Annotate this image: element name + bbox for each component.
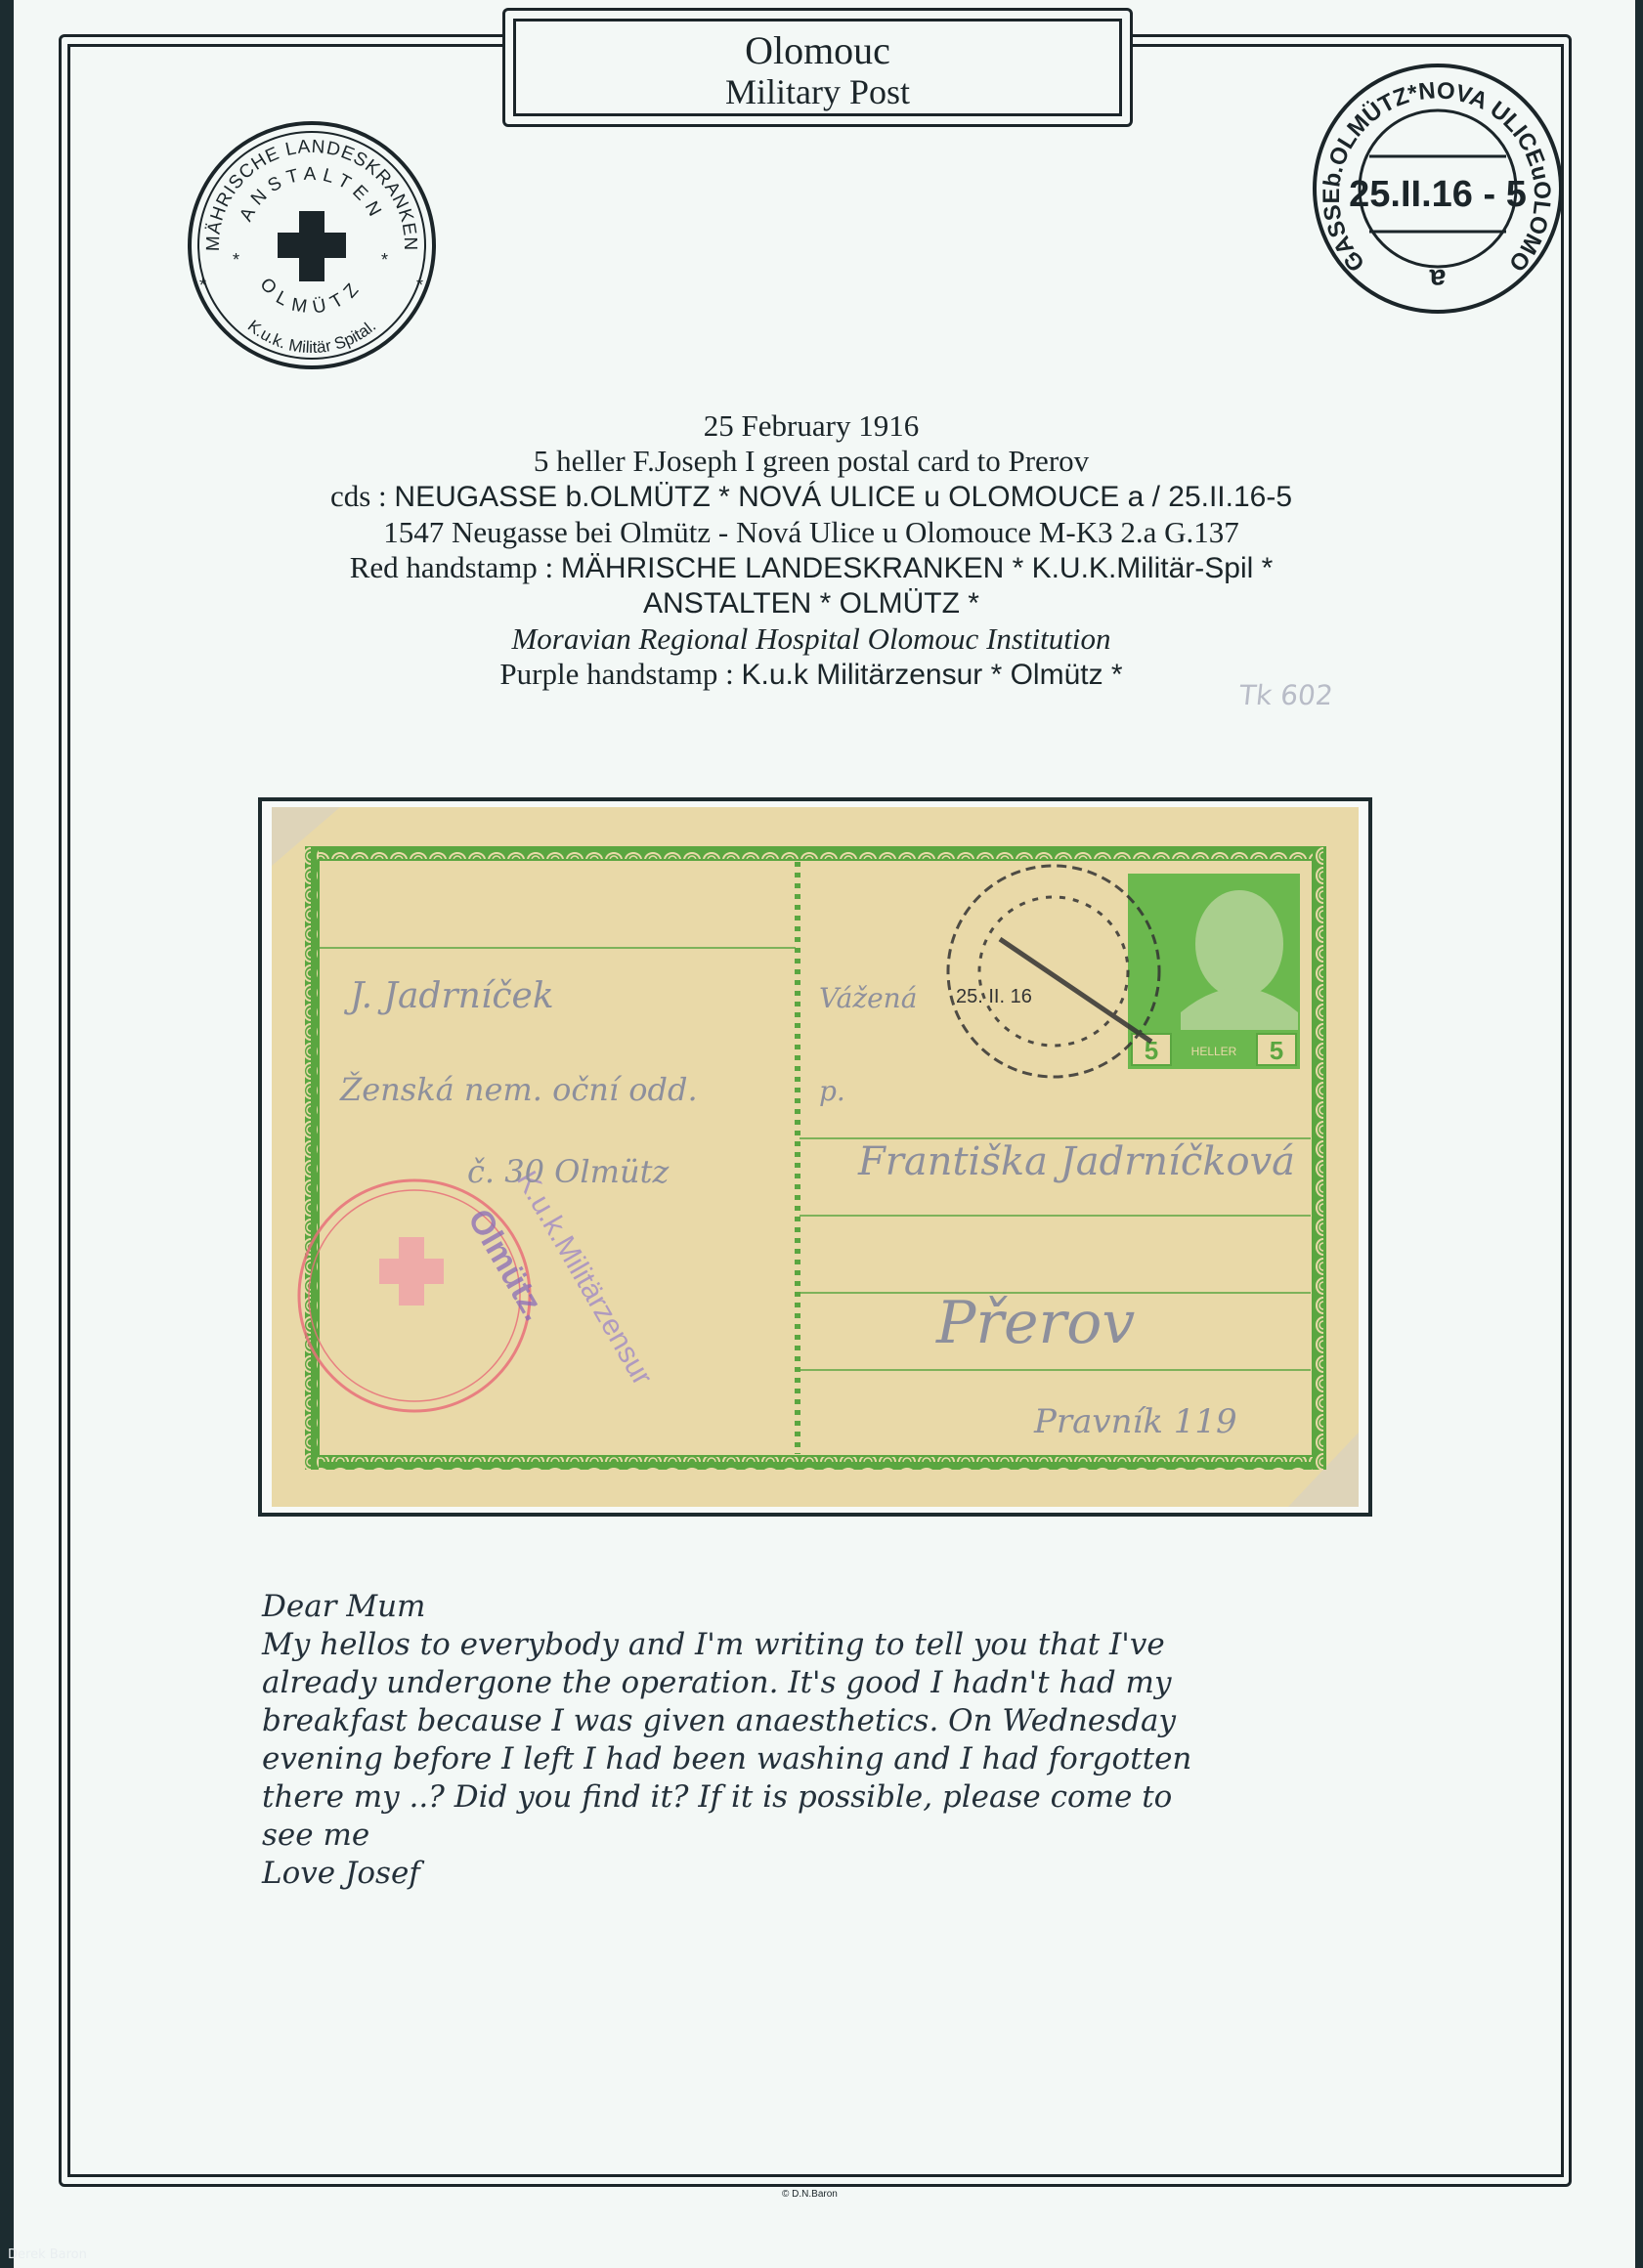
svg-text:Františka Jadrníčková: Františka Jadrníčková [857, 1139, 1295, 1184]
svg-text:č. 30 Olmütz: č. 30 Olmütz [467, 1153, 670, 1190]
letter-line: Dear Mum [262, 1588, 1386, 1626]
page-title: Olomouc [516, 29, 1119, 72]
translation-line: Moravian Regional Hospital Olomouc Insti… [156, 621, 1466, 657]
letter-line: evening before I left I had been washing… [262, 1740, 1386, 1778]
hospital-stamp-illustration: MÄHRISCHE LANDESKRANKEN ANSTALTEN K.u.k.… [186, 119, 438, 371]
scan-edge-left [0, 0, 14, 2268]
svg-text:*: * [416, 276, 423, 295]
postcard: 5 5 HELLER 25. II. 16 Olmü [272, 807, 1359, 1507]
cross-icon [278, 211, 346, 281]
svg-text:*: * [381, 250, 388, 270]
svg-text:*: * [233, 250, 239, 270]
svg-text:NEUGASSEb.OLMÜTZ*NOVA ULICEuOL: NEUGASSEb.OLMÜTZ*NOVA ULICEuOLOMOUCE [1310, 61, 1555, 277]
card-cds-postmark [948, 866, 1159, 1077]
pencil-reference-note: Tk 602 [1237, 679, 1334, 711]
red-handstamp-line: Red handstamp : MÄHRISCHE LANDESKRANKEN … [156, 550, 1466, 586]
page-subtitle: Military Post [516, 72, 1119, 111]
catalogue-line: 1547 Neugasse bei Olmütz - Nová Ulice u … [156, 515, 1466, 550]
item-date: 25 February 1916 [156, 408, 1466, 444]
copyright: © D.N.Baron [782, 2189, 838, 2200]
cds-date: 25.II.16 - 5 [1349, 174, 1527, 215]
letter-line: there my ..? Did you find it? If it is p… [262, 1778, 1386, 1817]
cds-line: cds : NEUGASSE b.OLMÜTZ * NOVÁ ULICE u O… [156, 479, 1466, 515]
svg-text:K.u.k. Militär Spital.: K.u.k. Militär Spital. [244, 317, 379, 357]
letter-line: breakfast because I was given anaestheti… [262, 1702, 1386, 1740]
postcard-illustration: 5 5 HELLER 25. II. 16 Olmü [272, 807, 1359, 1507]
purple-censor-handstamp: Olmütz. K.u.k.Militärzensur [460, 1166, 659, 1391]
letter-translation: Dear Mum My hellos to everybody and I'm … [262, 1588, 1386, 1893]
svg-text:J. Jadrníček: J. Jadrníček [343, 976, 554, 1016]
letter-line: already undergone the operation. It's go… [262, 1664, 1386, 1702]
scan-edge-right [1635, 0, 1643, 2268]
letter-line: see me [262, 1817, 1386, 1855]
franz-joseph-stamp: 5 5 HELLER [1128, 874, 1300, 1069]
letter-line: My hellos to everybody and I'm writing t… [262, 1626, 1386, 1664]
watermark: Derek Baron [8, 2247, 87, 2262]
title-box: Olomouc Military Post [502, 8, 1133, 127]
svg-text:Pravník 119: Pravník 119 [1033, 1402, 1237, 1441]
item-summary: 5 heller F.Joseph I green postal card to… [156, 444, 1466, 479]
svg-text:Ženská nem. oční odd.: Ženská nem. oční odd. [339, 1071, 698, 1108]
item-description: 25 February 1916 5 heller F.Joseph I gre… [156, 408, 1466, 693]
cds-postmark-illustration: NEUGASSEb.OLMÜTZ*NOVA ULICEuOLOMOUCE a 2… [1310, 61, 1566, 317]
svg-text:5: 5 [1270, 1036, 1283, 1065]
svg-text:25. II. 16: 25. II. 16 [956, 986, 1032, 1007]
postcard-frame: 5 5 HELLER 25. II. 16 Olmü [258, 797, 1372, 1517]
svg-text:a: a [1429, 263, 1446, 295]
svg-text:Přerov: Přerov [935, 1289, 1135, 1357]
svg-text:Vážená: Vážená [819, 982, 917, 1014]
letter-line: Love Josef [262, 1855, 1386, 1893]
svg-text:p.: p. [819, 1075, 845, 1107]
svg-text:HELLER: HELLER [1191, 1045, 1237, 1058]
red-handstamp-line-2: ANSTALTEN * OLMÜTZ * [156, 586, 1466, 621]
svg-text:*: * [199, 276, 206, 295]
